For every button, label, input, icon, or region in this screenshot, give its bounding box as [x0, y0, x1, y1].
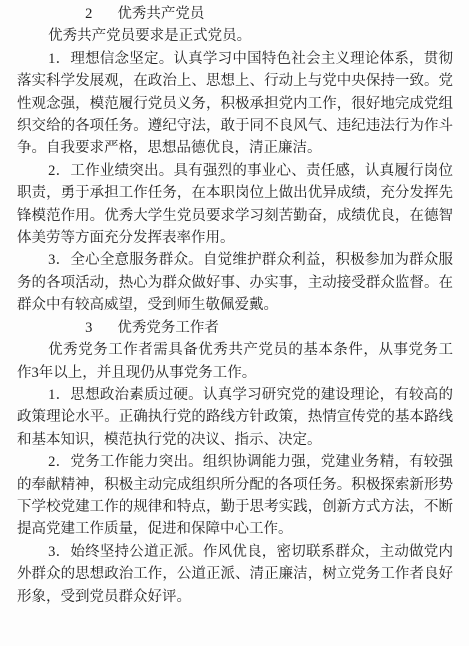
section-outstanding-party-affairs-worker: 3优秀党务工作者 优秀党务工作者需具备优秀共产党员的基本条件，从事党务工作3年以…: [17, 317, 453, 608]
paragraph-item-3: 3．始终坚持公道正派。作风优良，密切联系群众，主动做党内外群众的思想政治工作，公…: [17, 541, 453, 608]
section-heading: 3优秀党务工作者: [17, 317, 453, 339]
section-title: 优秀党务工作者: [117, 320, 219, 336]
paragraph-item-1: 1．理想信念坚定。认真学习中国特色社会主义理论体系，贯彻落实科学发展观，在政治上…: [17, 48, 453, 160]
section-heading: 2优秀共产党员: [17, 3, 453, 25]
paragraph-item-2: 2．工作业绩突出。具有强烈的事业心、责任感，认真履行岗位职责，勇于承担工作任务，…: [17, 160, 453, 250]
section-number: 3: [51, 317, 92, 339]
section-outstanding-party-member: 2优秀共产党员 优秀共产党员要求是正式党员。 1．理想信念坚定。认真学习中国特色…: [17, 3, 453, 317]
paragraph-item-2: 2．党务工作能力突出。组织协调能力强，党建业务精，有较强的奉献精神，积极主动完成…: [17, 451, 453, 541]
section-number: 2: [51, 3, 92, 25]
paragraph-intro: 优秀党务工作者需具备优秀共产党员的基本条件，从事党务工作3年以上，并且现仍从事党…: [17, 339, 453, 384]
paragraph-item-1: 1．思想政治素质过硬。认真学习研究党的建设理论，有较高的政策理论水平。正确执行党…: [17, 384, 453, 451]
paragraph-item-3: 3．全心全意服务群众。自觉维护群众利益，积极参加为群众服务的各项活动，热心为群众…: [17, 249, 453, 316]
document-page: 2优秀共产党员 优秀共产党员要求是正式党员。 1．理想信念坚定。认真学习中国特色…: [0, 0, 469, 646]
paragraph-intro: 优秀共产党员要求是正式党员。: [17, 25, 453, 47]
section-title: 优秀共产党员: [117, 6, 204, 22]
